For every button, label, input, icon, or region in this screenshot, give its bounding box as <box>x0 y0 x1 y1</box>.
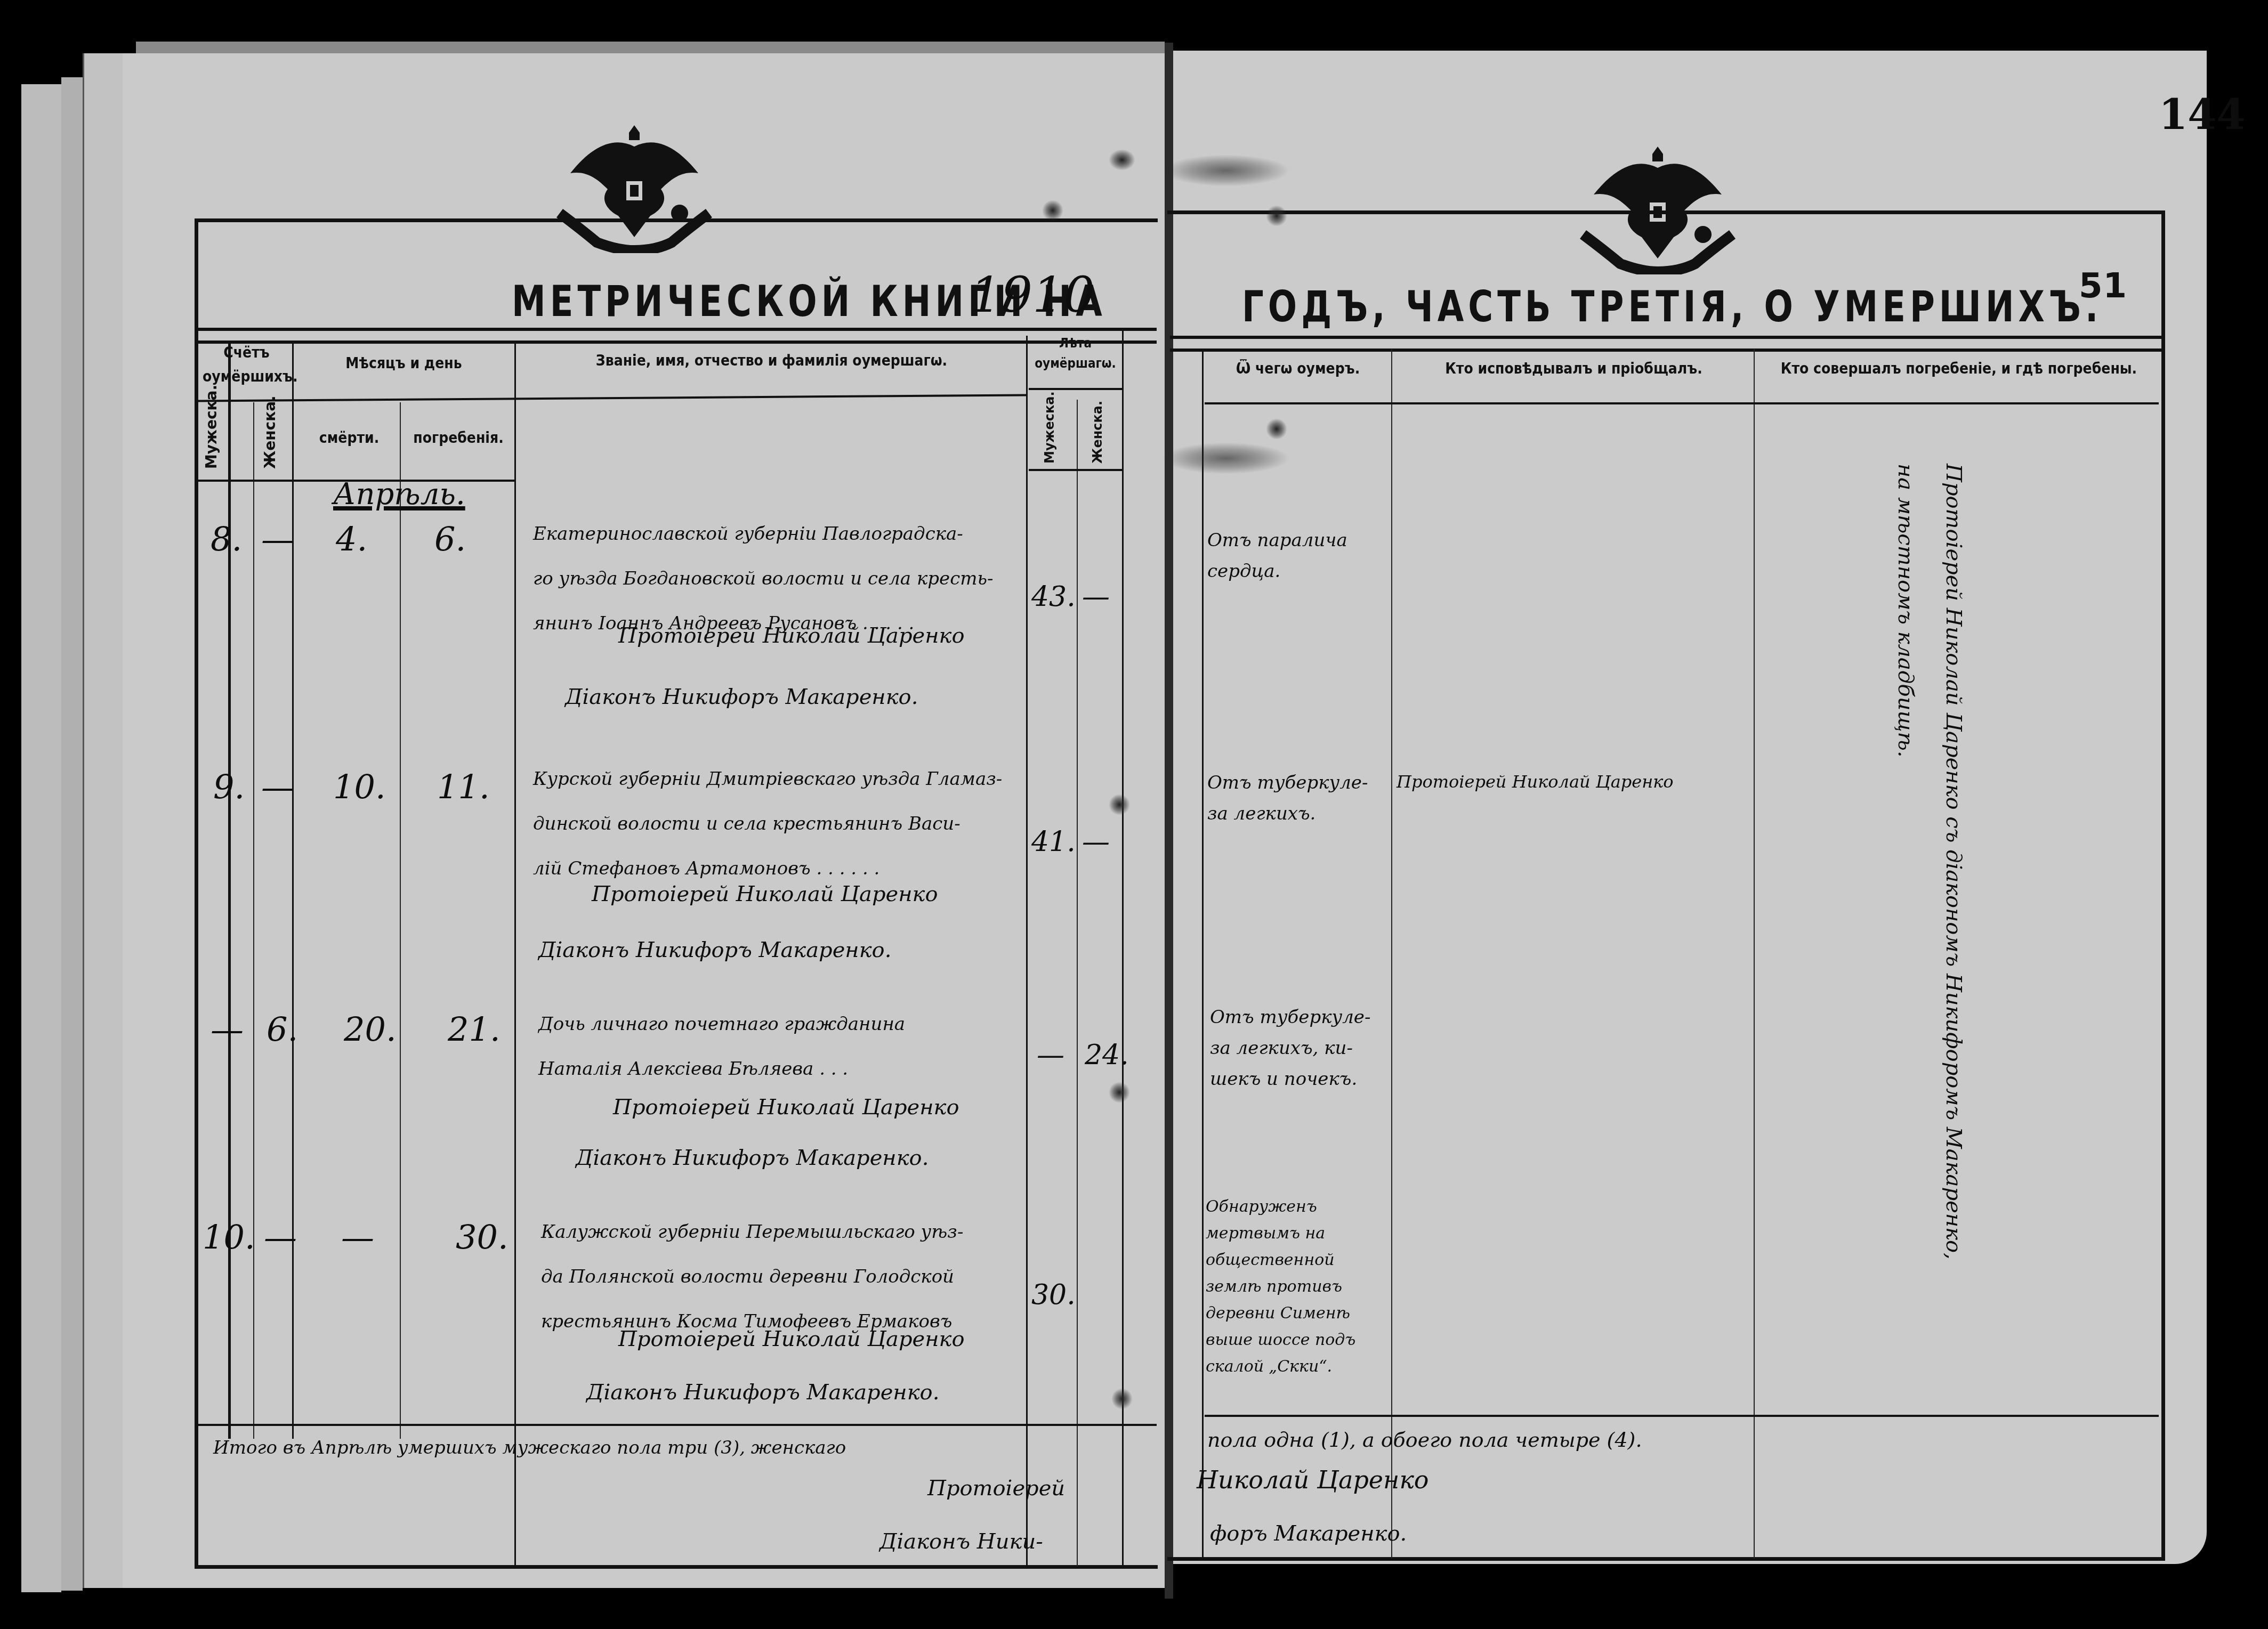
entry-3-male-no: — <box>211 1010 244 1049</box>
entry-2-priest-signature: Протоіерей Николай Царенко <box>592 882 938 906</box>
entry-3-burial-day: 21. <box>448 1010 501 1049</box>
name-line: да Полянской волости деревни Голодской <box>541 1254 1026 1299</box>
binding-hole <box>1266 205 1287 226</box>
entry-2-death-day: 10. <box>333 767 386 806</box>
entry-4-priest-signature: Протоіерей Николай Царенко <box>618 1327 965 1351</box>
col-line <box>292 341 294 1439</box>
entry-4-death-day: — <box>341 1218 374 1257</box>
entry-2-deacon-signature: Діаконъ Никифоръ Макаренко. <box>538 938 891 962</box>
entry-1-cause: Отъ паралича сердца. <box>1207 525 1389 587</box>
name-line: Дочь личнаго почетнаго гражданина <box>538 1002 1023 1047</box>
page-number: 51 <box>2079 266 2127 306</box>
col-line <box>1391 349 1392 1559</box>
col-line <box>1202 349 1204 1559</box>
header-month-day: Мѣсяцъ и день <box>293 352 514 376</box>
entry-2-age-male: 41. <box>1031 826 1076 858</box>
burial-note-vertical: Протоіерей Николай Царенко съ діакономъ … <box>1882 464 1978 1369</box>
binding-hole <box>1111 1388 1133 1409</box>
title-rule-right <box>1170 336 2161 352</box>
entry-4-deacon-signature: Діаконъ Никифоръ Макаренко. <box>586 1380 939 1405</box>
header-age: Лѣта оумёршагω. <box>1029 333 1122 374</box>
col-line <box>514 341 516 1567</box>
col-line <box>1077 400 1078 1567</box>
entry-1-age-female: — <box>1082 581 1110 613</box>
entry-4-cause: Обнаруженъ мертвымъ на общественной земл… <box>1206 1194 1390 1380</box>
entry-3-female-no: 6. <box>267 1010 298 1049</box>
title-rule-left <box>197 328 1157 344</box>
col-line <box>1122 330 1124 1567</box>
entry-1-priest-signature: Протоіерей Николай Царенко <box>618 623 965 648</box>
entry-4-age-male: 30. <box>1031 1279 1076 1311</box>
entry-2-age-female: — <box>1082 826 1110 858</box>
summary-right: пола одна (1), а обоего пола четыре (4). <box>1207 1417 1847 1462</box>
binding-hole <box>1109 1082 1130 1103</box>
summary-left: Итого въ Апрѣлѣ умершихъ мужескаго пола … <box>213 1425 1157 1470</box>
entry-2-female-no: — <box>261 767 294 806</box>
entry-1-age-male: 43. <box>1031 581 1076 613</box>
header-confessor: Кто исповѣдывалъ и пріобщалъ. <box>1394 357 1754 381</box>
header-name: Званіе, имя, отчество и фамилія оумершаг… <box>517 349 1026 373</box>
header-rule <box>1029 469 1122 471</box>
entry-2-burial-day: 11. <box>437 767 490 806</box>
entry-4-female-no: — <box>264 1218 297 1257</box>
name-line: Екатеринославской губерніи Павлоградска- <box>533 512 1023 556</box>
header-count-female: Женска. <box>261 410 279 469</box>
header-count: Счётъ оумёршихъ. <box>203 341 290 389</box>
summary-priest-right: Николай Царенко <box>1197 1465 1429 1494</box>
header-cause: Ѿ чегω оумеръ. <box>1205 357 1391 381</box>
header-count-male: Мужеска. <box>203 410 220 469</box>
col-line <box>400 402 401 1439</box>
binding-hole <box>1042 200 1063 221</box>
col-line <box>228 341 231 1439</box>
name-line: Калужской губерніи Перемышльскаго уѣз- <box>541 1210 1026 1254</box>
header-age-male: Мужеска. <box>1042 405 1057 464</box>
name-line: Курской губерніи Дмитріевскаго уѣзда Гла… <box>533 757 1023 801</box>
binding-hole <box>1109 149 1135 171</box>
entry-3-death-day: 20. <box>344 1010 397 1049</box>
name-line: Наталія Алексіева Бѣляева . . . <box>538 1047 1023 1091</box>
col-line <box>1754 349 1755 1559</box>
header-rule <box>1029 388 1122 390</box>
entry-3-deacon-signature: Діаконъ Никифоръ Макаренко. <box>576 1146 929 1170</box>
header-age-female: Женска. <box>1090 405 1105 464</box>
header-burial-date: погребенія. <box>402 426 514 450</box>
name-line: динской волости и села крестьянинъ Васи- <box>533 801 1023 846</box>
sheet-number: 144 <box>2159 91 2246 139</box>
entry-3-cause: Отъ туберкуле- за легкихъ, ки- шекъ и по… <box>1210 1002 1391 1095</box>
entry-1-burial-day: 6. <box>434 520 466 558</box>
summary-deacon-left: Діаконъ Ники- <box>879 1529 1043 1554</box>
binding-thread <box>1162 442 1290 474</box>
header-burial: Кто совершалъ погребеніе, и гдѣ погребен… <box>1756 357 2161 381</box>
book-edge-mid <box>61 77 83 1591</box>
entry-2-male-no: 9. <box>213 767 245 806</box>
summary-deacon-right: форъ Макаренко. <box>1210 1521 1407 1546</box>
header-death: смёрти. <box>298 426 400 450</box>
book-edge-inner <box>83 53 124 1588</box>
entry-4-burial-day: 30. <box>456 1218 509 1257</box>
entry-4-male-no: 10. <box>203 1218 255 1257</box>
entry-2-cause: Отъ туберкуле- за легкихъ. <box>1207 767 1389 829</box>
summary-rule-right <box>1205 1415 2159 1417</box>
binding-hole <box>1109 794 1130 815</box>
entry-3-age-female: 24. <box>1085 1039 1129 1071</box>
page-tab-top <box>136 42 1165 53</box>
name-line: го уѣзда Богдановской волости и села кре… <box>533 556 1023 601</box>
entry-1-male-no: 8. <box>211 520 242 558</box>
entry-2-confessor: Протоіерей Николай Царенко <box>1397 759 1754 804</box>
entry-1-female-no: — <box>261 520 294 558</box>
col-line <box>253 402 254 1439</box>
entry-3-age-male: — <box>1037 1039 1064 1071</box>
month-heading: Апрѣль. <box>333 477 465 512</box>
title-year: 1910 <box>970 266 1095 323</box>
binding-hole <box>1266 418 1287 440</box>
entry-1-death-day: 4. <box>336 520 367 558</box>
entry-4-name: Калужской губерніи Перемышльскаго уѣз- д… <box>541 1210 1026 1344</box>
entry-2-name: Курской губерніи Дмитріевскаго уѣзда Гла… <box>533 757 1023 891</box>
summary-priest-left: Протоіерей <box>927 1476 1065 1501</box>
header-rule <box>1205 402 2159 404</box>
col-line <box>1026 336 1028 1567</box>
binding-thread <box>1162 155 1290 187</box>
book-edge-outer <box>21 84 61 1592</box>
entry-3-name: Дочь личнаго почетнаго гражданина Наталі… <box>538 1002 1023 1091</box>
entry-3-priest-signature: Протоіерей Николай Царенко <box>613 1095 959 1120</box>
entry-1-deacon-signature: Діаконъ Никифоръ Макаренко. <box>565 685 918 709</box>
title-right: ГОДЪ, ЧАСТЬ ТРЕТІЯ, О УМЕРШИХЪ. <box>1242 282 2102 332</box>
